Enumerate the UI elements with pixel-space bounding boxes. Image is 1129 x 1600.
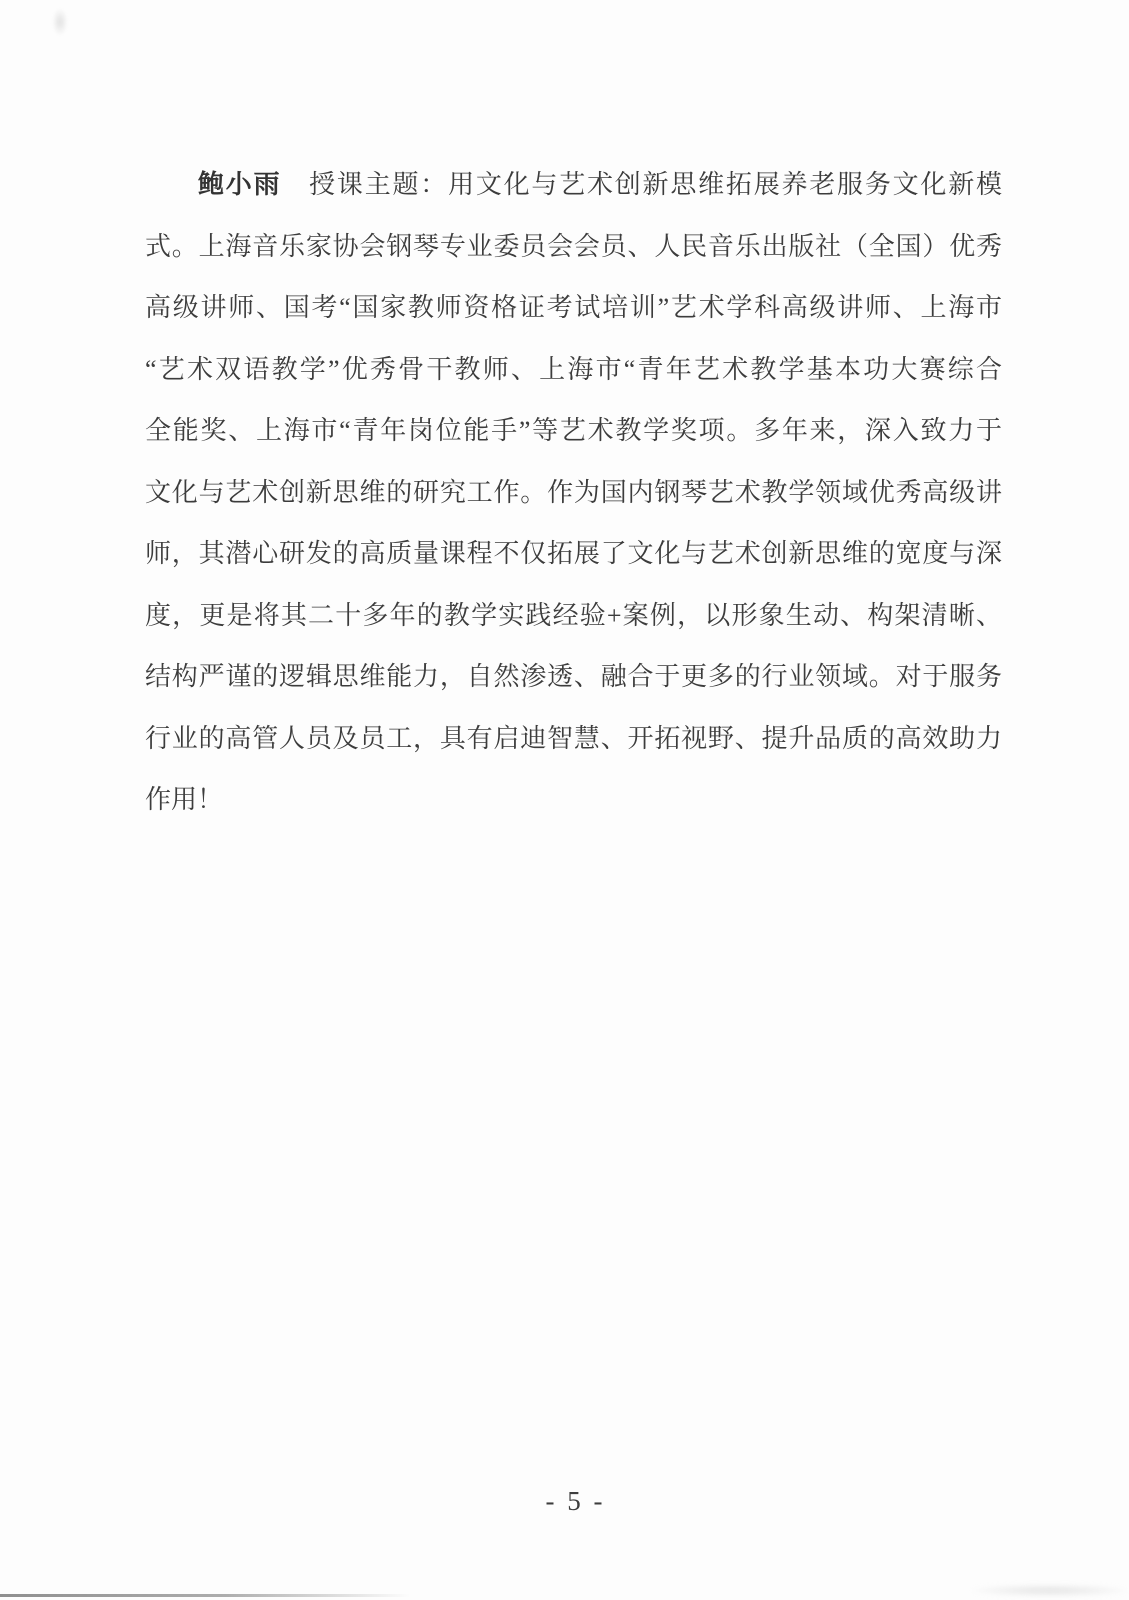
paragraph-line: 式。上海音乐家协会钢琴专业委员会会员、人民音乐出版社（全国）优秀	[145, 216, 1002, 278]
paragraph-line: 结构严谨的逻辑思维能力，自然渗透、融合于更多的行业领域。对于服务	[145, 646, 1002, 708]
speaker-name: 鲍小雨	[198, 170, 281, 199]
bio-paragraph: 鲍小雨 授课主题：用文化与艺术创新思维拓展养老服务文化新模式。上海音乐家协会钢琴…	[145, 154, 1002, 831]
paragraph-line: “艺术双语教学”优秀骨干教师、上海市“青年艺术教学基本功大赛综合	[145, 339, 1002, 401]
paragraph-line: 鲍小雨 授课主题：用文化与艺术创新思维拓展养老服务文化新模	[145, 154, 1002, 216]
paragraph-line: 作用！	[145, 769, 1002, 831]
paragraph-line: 行业的高管人员及员工，具有启迪智慧、开拓视野、提升品质的高效助力	[145, 708, 1002, 770]
paragraph-line: 文化与艺术创新思维的研究工作。作为国内钢琴艺术教学领域优秀高级讲	[145, 462, 1002, 524]
scan-artifact-bottom-right	[972, 1584, 1127, 1597]
paragraph-line: 全能奖、上海市“青年岗位能手”等艺术教学奖项。多年来，深入致力于	[145, 400, 1002, 462]
paragraph-line: 度，更是将其二十多年的教学实践经验+案例，以形象生动、构架清晰、	[145, 585, 1002, 647]
scan-artifact-top-left	[52, 8, 68, 36]
paragraph-line: 师，其潜心研发的高质量课程不仅拓展了文化与艺术创新思维的宽度与深	[145, 523, 1002, 585]
paragraph-line: 高级讲师、国考“国家教师资格证考试培训”艺术学科高级讲师、上海市	[145, 277, 1002, 339]
page-number: - 5 -	[0, 1486, 1129, 1516]
document-page: 鲍小雨 授课主题：用文化与艺术创新思维拓展养老服务文化新模式。上海音乐家协会钢琴…	[0, 0, 1129, 1600]
scan-artifact-bottom-edge	[0, 1594, 410, 1597]
